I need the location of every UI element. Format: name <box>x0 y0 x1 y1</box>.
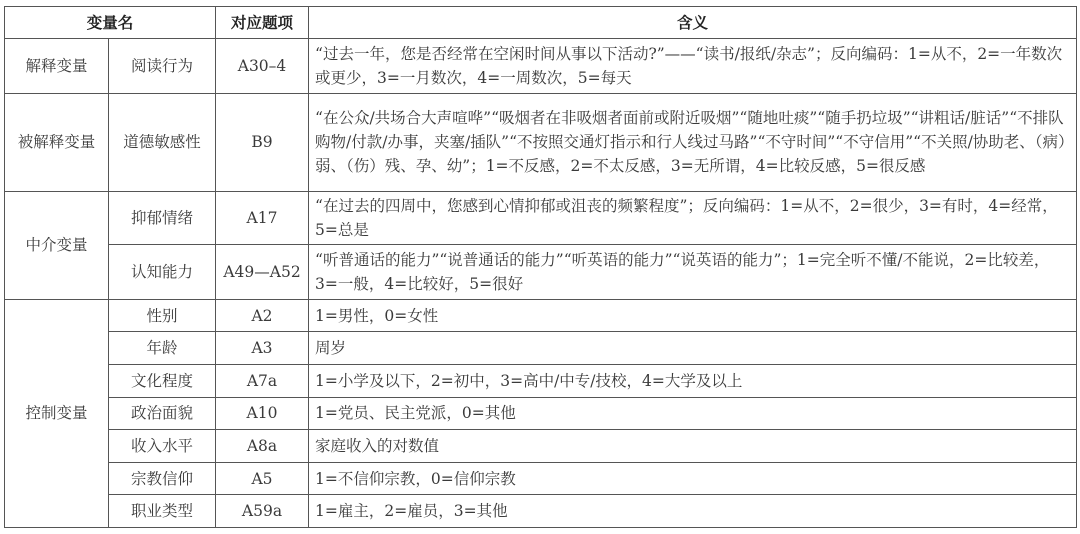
variable-name-cell: 收入水平 <box>109 430 216 463</box>
item-cell: A8a <box>216 430 309 463</box>
header-row: 变量名 对应题项 含义 <box>5 7 1077 39</box>
meaning-cell: 1=党员、民主党派，0=其他 <box>309 397 1077 430</box>
item-cell: A5 <box>216 462 309 495</box>
meaning-cell: 1=不信仰宗教，0=信仰宗教 <box>309 462 1077 495</box>
header-meaning: 含义 <box>309 7 1077 39</box>
table-row: 收入水平 A8a 家庭收入的对数值 <box>5 430 1077 463</box>
item-cell: A17 <box>216 191 309 244</box>
header-variable-name: 变量名 <box>5 7 216 39</box>
meaning-cell: “在公众/共场合大声喧哗”“吸烟者在非吸烟者面前或附近吸烟”“随地吐痰”“随手扔… <box>309 94 1077 192</box>
table-row: 认知能力 A49—A52 “听普通话的能力”“说普通话的能力”“听英语的能力”“… <box>5 244 1077 299</box>
header-item: 对应题项 <box>216 7 309 39</box>
variable-name-cell: 性别 <box>109 299 216 332</box>
item-cell: A59a <box>216 495 309 528</box>
variable-name-cell: 宗教信仰 <box>109 462 216 495</box>
variable-name-cell: 抑郁情绪 <box>109 191 216 244</box>
meaning-cell: 周岁 <box>309 332 1077 365</box>
variable-name-cell: 年龄 <box>109 332 216 365</box>
category-cell: 控制变量 <box>5 299 109 527</box>
meaning-cell: “过去一年，您是否经常在空闲时间从事以下活动?”——“读书/报纸/杂志”；反向编… <box>309 39 1077 94</box>
table-row: 职业类型 A59a 1=雇主，2=雇员，3=其他 <box>5 495 1077 528</box>
table-row: 被解释变量 道德敏感性 B9 “在公众/共场合大声喧哗”“吸烟者在非吸烟者面前或… <box>5 94 1077 192</box>
table-row: 文化程度 A7a 1=小学及以下，2=初中，3=高中/中专/技校，4=大学及以上 <box>5 364 1077 397</box>
table-row: 控制变量 性别 A2 1=男性，0=女性 <box>5 299 1077 332</box>
item-cell: A30–4 <box>216 39 309 94</box>
table-row: 政治面貌 A10 1=党员、民主党派，0=其他 <box>5 397 1077 430</box>
meaning-cell: 1=小学及以下，2=初中，3=高中/中专/技校，4=大学及以上 <box>309 364 1077 397</box>
item-cell: A2 <box>216 299 309 332</box>
table-row: 解释变量 阅读行为 A30–4 “过去一年，您是否经常在空闲时间从事以下活动?”… <box>5 39 1077 94</box>
variable-name-cell: 文化程度 <box>109 364 216 397</box>
item-cell: A49—A52 <box>216 244 309 299</box>
variable-name-cell: 认知能力 <box>109 244 216 299</box>
variable-name-cell: 职业类型 <box>109 495 216 528</box>
item-cell: A10 <box>216 397 309 430</box>
category-cell: 解释变量 <box>5 39 109 94</box>
variable-name-cell: 阅读行为 <box>109 39 216 94</box>
variable-definition-table: 变量名 对应题项 含义 解释变量 阅读行为 A30–4 “过去一年，您是否经常在… <box>4 6 1077 528</box>
table-row: 宗教信仰 A5 1=不信仰宗教，0=信仰宗教 <box>5 462 1077 495</box>
category-cell: 被解释变量 <box>5 94 109 192</box>
meaning-cell: “在过去的四周中，您感到心情抑郁或沮丧的频繁程度”；反向编码：1=从不，2=很少… <box>309 191 1077 244</box>
category-cell: 中介变量 <box>5 191 109 299</box>
meaning-cell: 家庭收入的对数值 <box>309 430 1077 463</box>
item-cell: B9 <box>216 94 309 192</box>
variable-name-cell: 道德敏感性 <box>109 94 216 192</box>
meaning-cell: “听普通话的能力”“说普通话的能力”“听英语的能力”“说英语的能力”；1=完全听… <box>309 244 1077 299</box>
meaning-cell: 1=男性，0=女性 <box>309 299 1077 332</box>
meaning-cell: 1=雇主，2=雇员，3=其他 <box>309 495 1077 528</box>
item-cell: A7a <box>216 364 309 397</box>
table-row: 中介变量 抑郁情绪 A17 “在过去的四周中，您感到心情抑郁或沮丧的频繁程度”；… <box>5 191 1077 244</box>
variable-name-cell: 政治面貌 <box>109 397 216 430</box>
item-cell: A3 <box>216 332 309 365</box>
table-row: 年龄 A3 周岁 <box>5 332 1077 365</box>
